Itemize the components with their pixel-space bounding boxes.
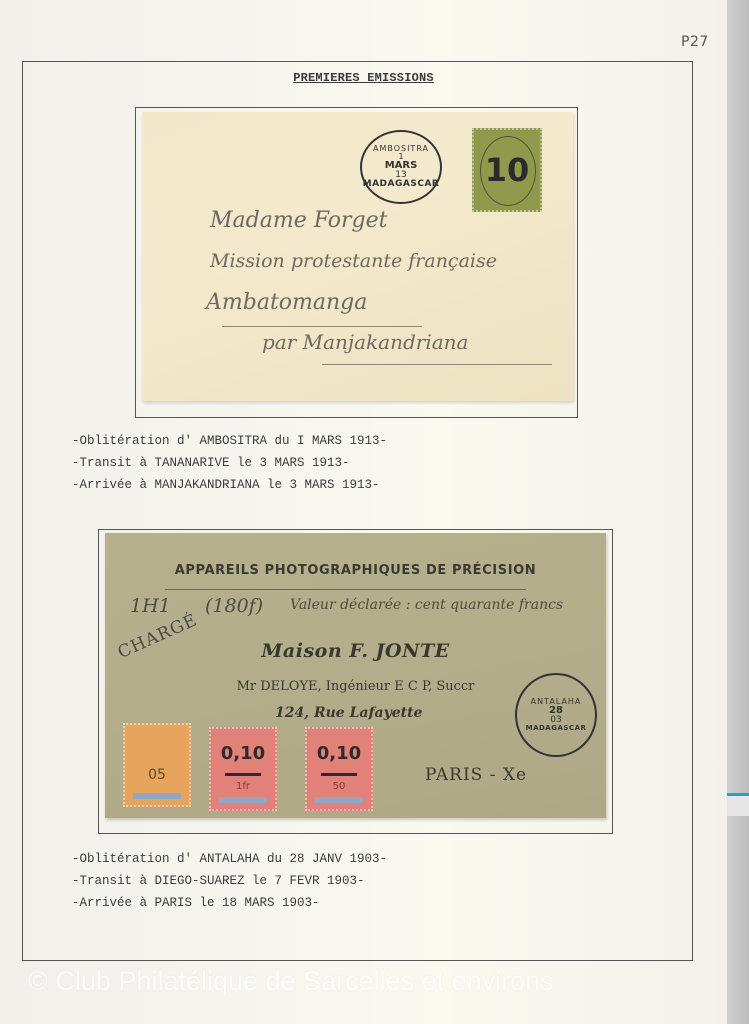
surcharge-bar — [225, 773, 261, 776]
city: PARIS - Xe — [425, 765, 527, 785]
surcharge-bar — [321, 773, 357, 776]
address-line: Mission protestante française — [210, 250, 497, 272]
handwritten-note: 1H1 — [130, 595, 171, 617]
underline — [322, 364, 552, 365]
stamp-label — [133, 793, 181, 799]
stamp-value: 1fr — [236, 781, 250, 792]
edge-lower — [727, 796, 749, 816]
cover2-envelope: APPAREILS PHOTOGRAPHIQUES DE PRÉCISION 1… — [105, 533, 606, 818]
album-page: P27 PREMIERES EMISSIONS AMBOSITRA 1 MARS… — [0, 0, 727, 1024]
company-name: Maison F. JONTE — [105, 640, 606, 662]
cover1-envelope: AMBOSITRA 1 MARS 13 MADAGASCAR 10 Madame… — [142, 112, 573, 401]
stamp-value: 05 — [148, 767, 166, 783]
cover2-postmark: ANTALAHA 28 03 MADAGASCAR — [515, 673, 597, 757]
stamp-label — [219, 797, 267, 803]
cover1-captions: -Oblitération d' AMBOSITRA du I MARS 191… — [72, 430, 387, 496]
stamp-cancel — [480, 136, 536, 206]
cover2-stamp-1: 05 — [123, 723, 191, 807]
section-title: PREMIERES EMISSIONS — [0, 71, 727, 85]
caption-line: -Transit à TANANARIVE le 3 MARS 1913- — [72, 452, 387, 474]
header-rule — [165, 589, 526, 590]
address-line: Ambatomanga — [206, 290, 367, 315]
postmark-country: MADAGASCAR — [526, 725, 587, 732]
postmark-country: MADAGASCAR — [363, 180, 440, 189]
cover1-stamp: 10 — [472, 128, 542, 212]
stamp-label — [315, 797, 363, 803]
copyright-watermark: © Club Philatélique de Sarcelles et envi… — [28, 966, 554, 997]
printed-header: APPAREILS PHOTOGRAPHIQUES DE PRÉCISION — [105, 563, 606, 578]
caption-line: -Arrivée à MANJAKANDRIANA le 3 MARS 1913… — [72, 474, 387, 496]
cover2-captions: -Oblitération d' ANTALAHA du 28 JANV 190… — [72, 848, 387, 914]
successor-text: Mr DELOYE, Ingénieur E C P, Succr — [237, 679, 475, 694]
stamp-surcharge: 0,10 — [221, 743, 265, 764]
caption-line: -Transit à DIEGO-SUAREZ le 7 FEVR 1903- — [72, 870, 387, 892]
street-address: 124, Rue Lafayette — [275, 705, 422, 721]
underline — [222, 326, 422, 327]
cover2-stamp-3: 0,10 50 — [305, 727, 373, 811]
handwritten-note: (180f) — [205, 595, 263, 617]
cover1-postmark: AMBOSITRA 1 MARS 13 MADAGASCAR — [360, 130, 442, 204]
caption-line: -Arrivée à PARIS le 18 MARS 1903- — [72, 892, 387, 914]
address-line: Madame Forget — [210, 208, 387, 233]
stamp-surcharge: 0,10 — [317, 743, 361, 764]
address-line: par Manjakandriana — [262, 330, 468, 354]
caption-line: -Oblitération d' ANTALAHA du 28 JANV 190… — [72, 848, 387, 870]
caption-line: -Oblitération d' AMBOSITRA du I MARS 191… — [72, 430, 387, 452]
page-number: P27 — [681, 34, 709, 50]
handwritten-note: Valeur déclarée : cent quarante francs — [290, 597, 563, 613]
cover2-stamp-2: 0,10 1fr — [209, 727, 277, 811]
stamp-value: 50 — [333, 781, 346, 792]
scanner-edge — [727, 0, 749, 1024]
